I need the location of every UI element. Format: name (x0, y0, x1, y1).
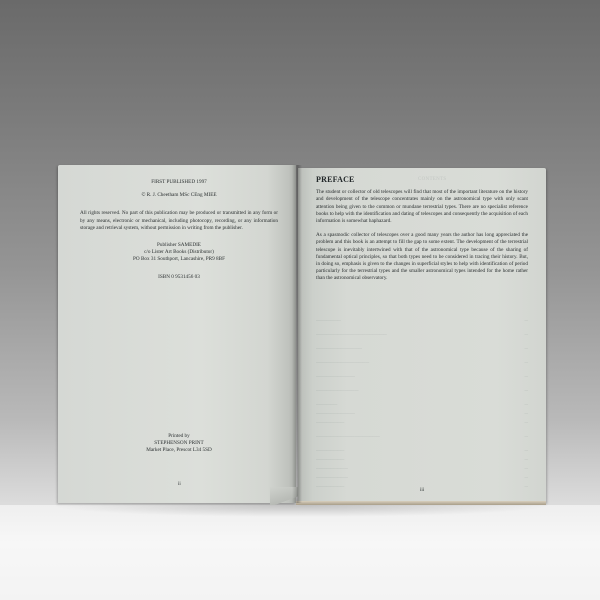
preface-paragraph-1: The student or collector of old telescop… (316, 189, 528, 225)
distributor-line: c/o Lister Art Books (Distributor) (80, 249, 278, 256)
address-line: PO Box 31 Southport, Lancashire, PR9 8BF (80, 256, 278, 263)
rights-statement: All rights reserved. No part of this pub… (80, 210, 278, 232)
preface-paragraph-2: As a spasmodic collector of telescopes o… (316, 232, 528, 282)
printed-by-label: Printed by (80, 433, 278, 440)
printer-name: STEPHENSON PRINT (80, 440, 278, 447)
open-booklet: FIRST PUBLISHED 1997 © R. J. Cheetham MS… (58, 165, 546, 505)
right-page: CONTENTS PREFACE The student or collecto… (298, 168, 546, 503)
left-page: FIRST PUBLISHED 1997 © R. J. Cheetham MS… (58, 165, 296, 503)
page-number-right: iii (420, 488, 424, 493)
copyright-line: © R. J. Cheetham MSc CEng MIEE (80, 192, 278, 199)
printer-address: Market Place, Prescot L34 5SD (80, 447, 278, 454)
preface-heading: PREFACE (316, 176, 528, 183)
book-gutter (292, 165, 302, 503)
first-published: FIRST PUBLISHED 1997 (80, 179, 278, 186)
page-number-left: ii (178, 482, 181, 487)
show-through-contents: ──────── ───────────────────── ─────────… (316, 318, 528, 493)
page-edge (296, 501, 546, 505)
isbn: ISBN 0 9531456 03 (80, 274, 278, 281)
floor-surface (0, 505, 600, 600)
